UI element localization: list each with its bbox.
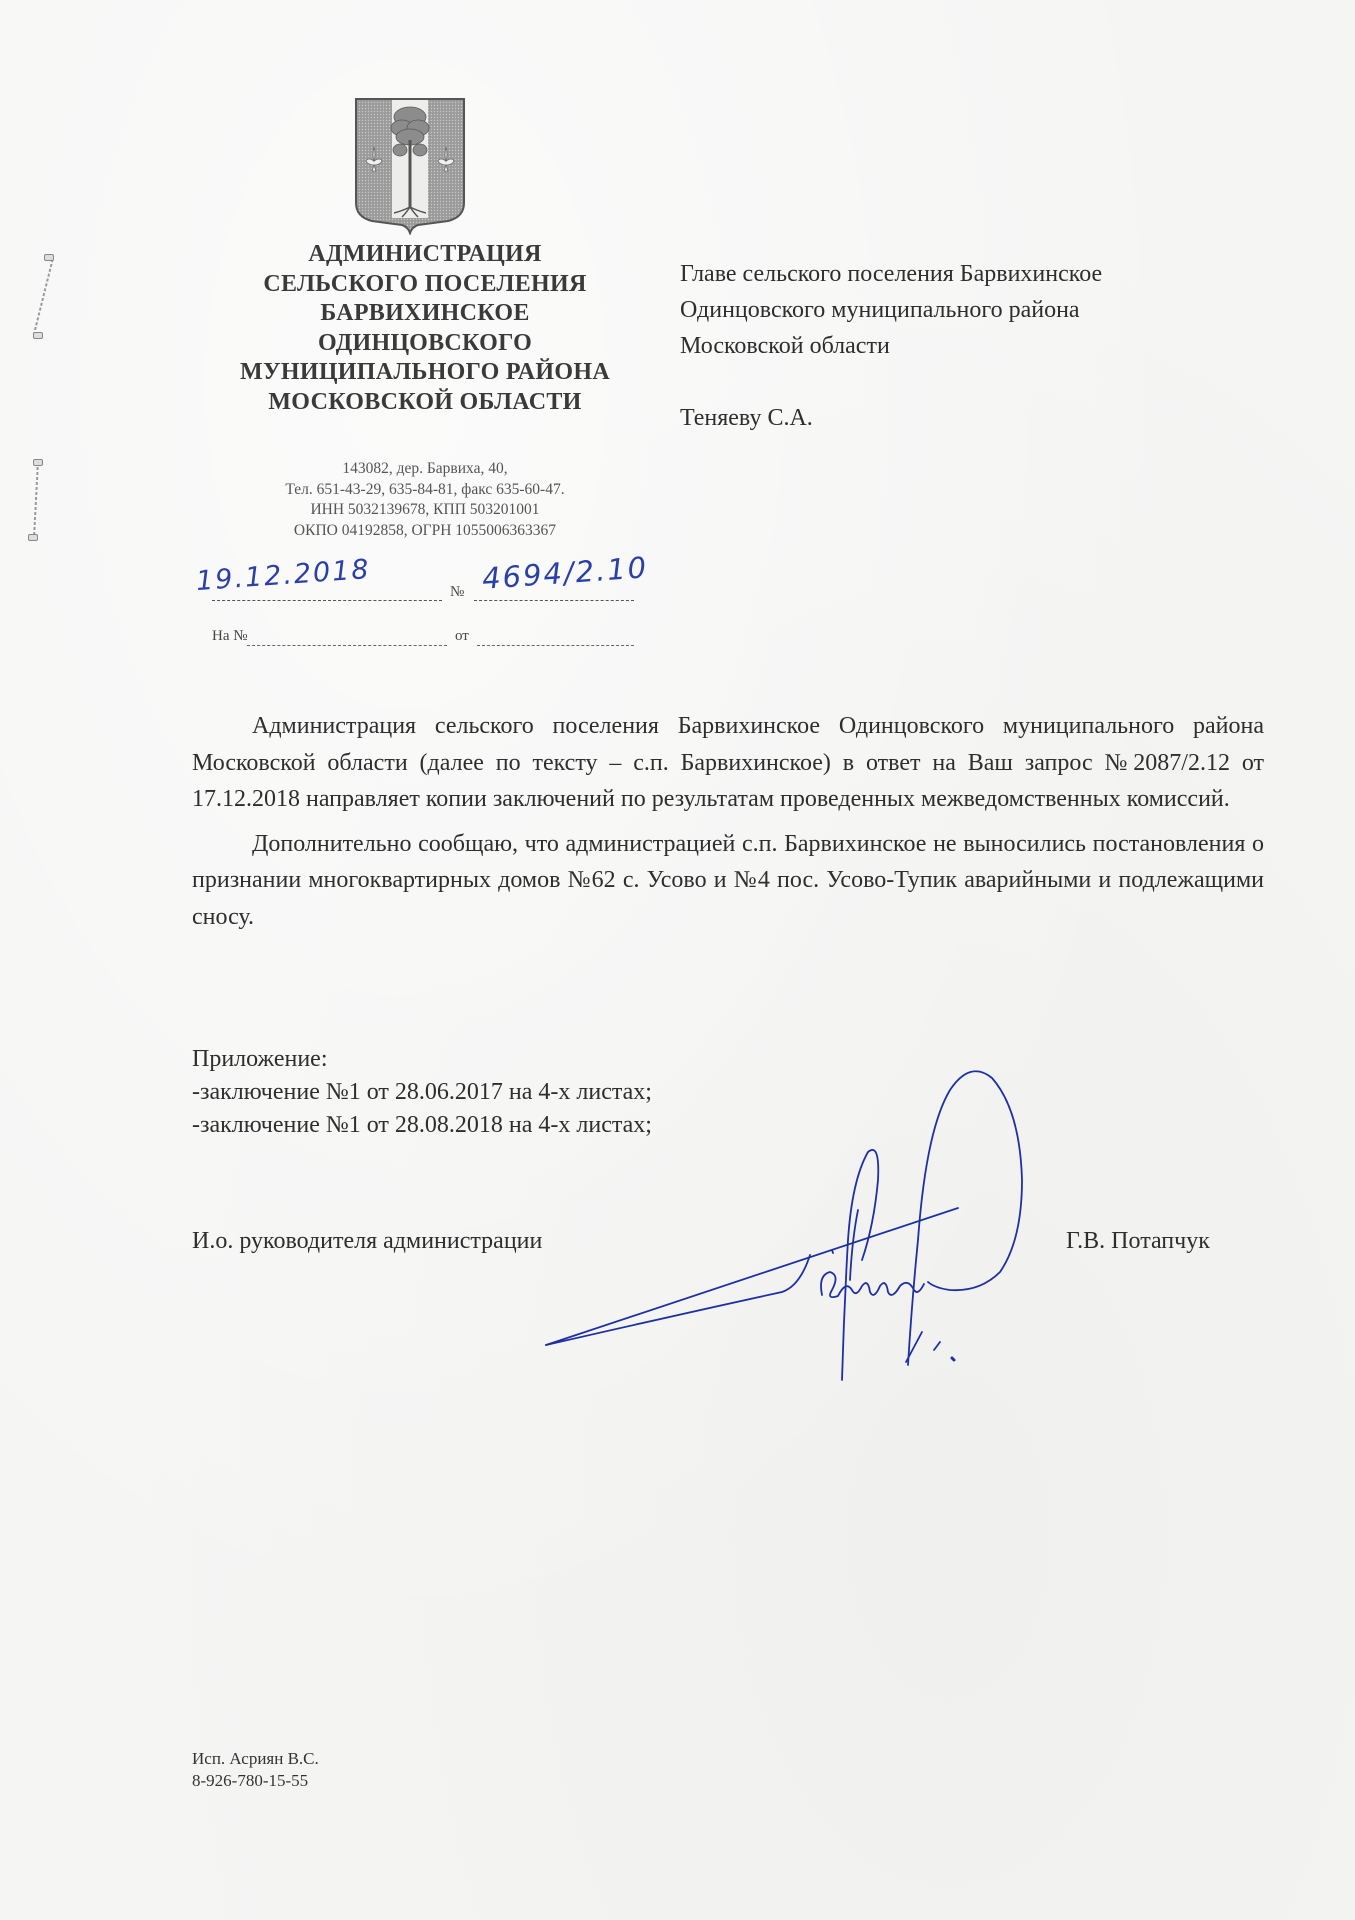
executor-name: Исп. Асриян В.С. — [192, 1748, 319, 1770]
registration-number-label: № — [450, 584, 464, 601]
organization-name: АДМИНИСТРАЦИЯ СЕЛЬСКОГО ПОСЕЛЕНИЯ БАРВИХ… — [200, 240, 650, 417]
reference-number-blank — [247, 645, 447, 646]
registration-line: 19.12.2018 № 4694/2.10 — [212, 560, 632, 610]
signer-name: Г.В. Потапчук — [1066, 1228, 1210, 1255]
body-paragraph: Администрация сельского поселения Барвих… — [192, 708, 1264, 818]
staple-mark — [44, 254, 54, 261]
staple-mark — [32, 259, 53, 337]
org-name-line: АДМИНИСТРАЦИЯ — [200, 240, 650, 270]
staple-mark — [33, 459, 43, 466]
reference-from-label: от — [455, 628, 469, 645]
org-address: 143082, дер. Барвиха, 40, — [210, 459, 640, 480]
addressee-block: Главе сельского поселения Барвихинское О… — [680, 256, 1280, 436]
staple-mark — [33, 332, 43, 339]
document-page: АДМИНИСТРАЦИЯ СЕЛЬСКОГО ПОСЕЛЕНИЯ БАРВИХ… — [0, 0, 1355, 1920]
letter-body: Администрация сельского поселения Барвих… — [192, 708, 1264, 935]
recipient-name: Теняеву С.А. — [680, 400, 1280, 436]
organization-details: 143082, дер. Барвиха, 40, Тел. 651-43-29… — [210, 459, 640, 541]
staple-mark — [33, 462, 39, 537]
date-underline — [212, 600, 442, 601]
reference-number-label: На № — [212, 628, 248, 645]
registration-number: 4694/2.10 — [481, 550, 649, 596]
org-inn-kpp: ИНН 5032139678, КПП 503201001 — [210, 500, 640, 521]
org-name-line: БАРВИХИНСКОЕ — [200, 299, 650, 329]
addressee-line: Московской области — [680, 328, 1280, 364]
org-phones: Тел. 651-43-29, 635-84-81, факс 635-60-4… — [210, 480, 640, 501]
addressee-line: Главе сельского поселения Барвихинское — [680, 256, 1280, 292]
staple-mark — [28, 534, 38, 541]
reference-line: На № от — [212, 628, 632, 652]
coat-of-arms-icon — [352, 95, 468, 235]
body-paragraph: Дополнительно сообщаю, что администрацие… — [192, 826, 1264, 936]
number-underline — [474, 600, 634, 601]
reference-date-blank — [477, 645, 634, 646]
executor-block: Исп. Асриян В.С. 8-926-780-15-55 — [192, 1748, 319, 1792]
org-name-line: МУНИЦИПАЛЬНОГО РАЙОНА — [200, 358, 650, 388]
org-name-line: МОСКОВСКОЙ ОБЛАСТИ — [200, 388, 650, 418]
org-name-line: СЕЛЬСКОГО ПОСЕЛЕНИЯ — [200, 270, 650, 300]
registration-date: 19.12.2018 — [195, 554, 371, 597]
org-okpo-ogrn: ОКПО 04192858, ОГРН 1055006363367 — [210, 521, 640, 542]
addressee-line: Одинцовского муниципального района — [680, 292, 1280, 328]
org-name-line: ОДИНЦОВСКОГО — [200, 329, 650, 359]
signer-title: И.о. руководителя администрации — [192, 1228, 542, 1255]
handwritten-signature-icon — [530, 1050, 1030, 1390]
executor-phone: 8-926-780-15-55 — [192, 1770, 319, 1792]
